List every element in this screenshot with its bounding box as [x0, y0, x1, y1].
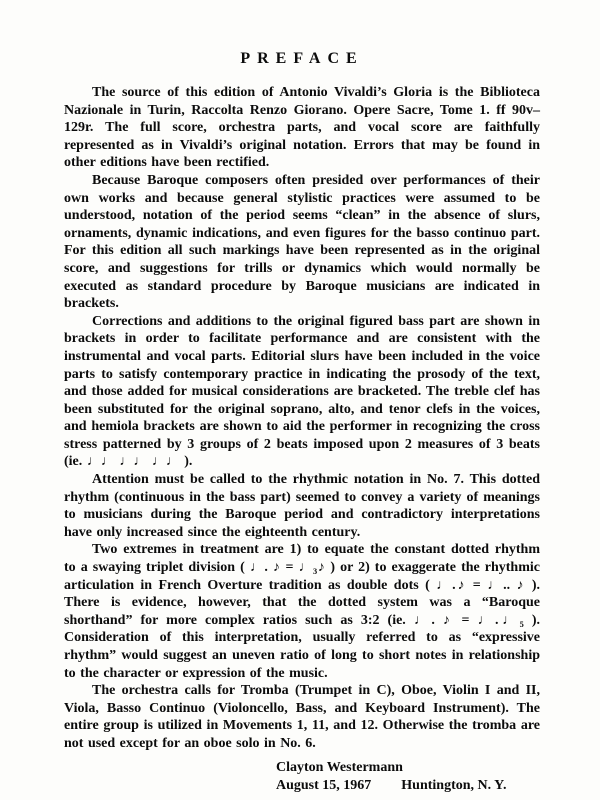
signature-block: Clayton Westermann August 15, 1967 Hunti…	[276, 759, 540, 795]
page-title: PREFACE	[64, 50, 540, 68]
preface-paragraph-3: Corrections and additions to the origina…	[64, 313, 540, 471]
signature-date: August 15, 1967	[276, 777, 371, 795]
preface-paragraph-4: Attention must be called to the rhythmic…	[64, 471, 540, 541]
preface-paragraph-1: The source of this edition of Antonio Vi…	[64, 84, 540, 172]
signature-gap	[371, 777, 401, 795]
signature-name: Clayton Westermann	[276, 759, 540, 777]
preface-paragraph-6: The orchestra calls for Tromba (Trumpet …	[64, 682, 540, 752]
signature-place: Huntington, N. Y.	[401, 777, 506, 795]
page-content: PREFACE The source of this edition of An…	[0, 0, 600, 795]
document-page: PREFACE The source of this edition of An…	[0, 0, 600, 800]
preface-paragraph-5: Two extremes in treatment are 1) to equa…	[64, 541, 540, 682]
signature-date-place: August 15, 1967 Huntington, N. Y.	[276, 777, 540, 795]
preface-body: The source of this edition of Antonio Vi…	[64, 84, 540, 753]
preface-paragraph-2: Because Baroque composers often presided…	[64, 172, 540, 313]
